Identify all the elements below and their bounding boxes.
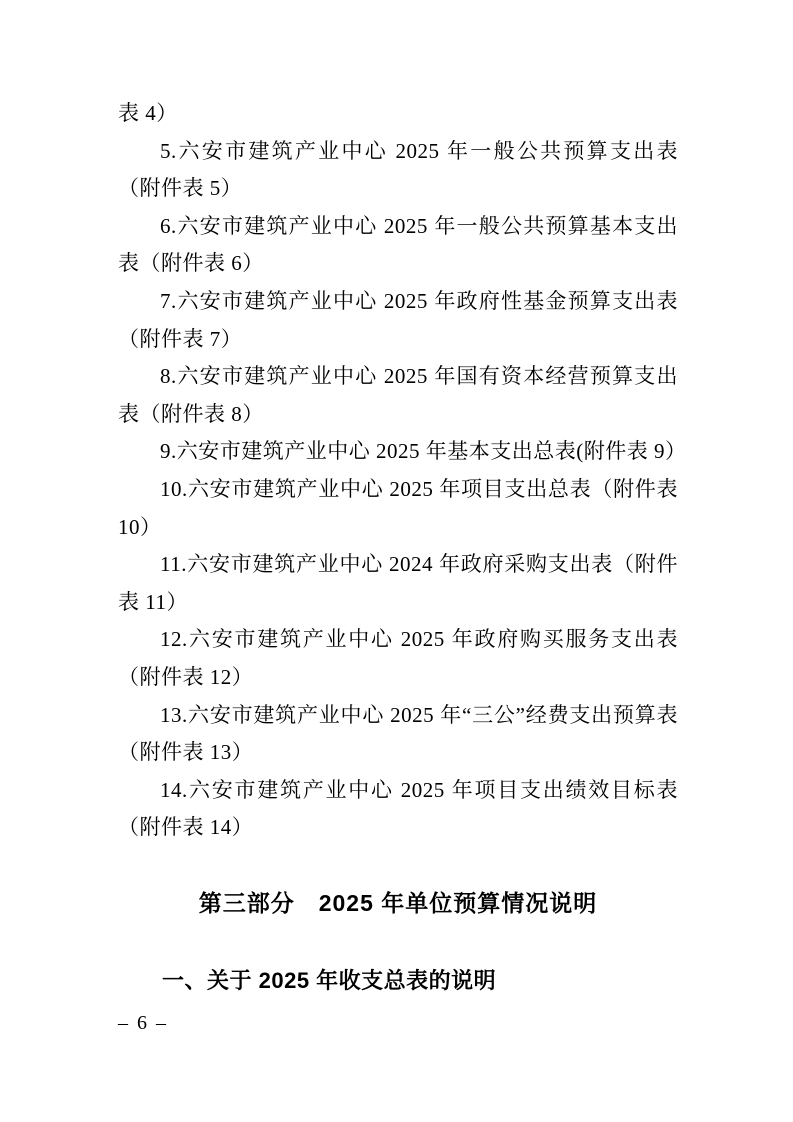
list-item-11: 11.六安市建筑产业中心 2024 年政府采购支出表（附件表 11）	[118, 546, 678, 621]
list-item-14: 14.六安市建筑产业中心 2025 年项目支出绩效目标表（附件表 14）	[118, 772, 678, 847]
paragraph-continuation-table-4: 表 4）	[118, 95, 678, 133]
list-item-13: 13.六安市建筑产业中心 2025 年“三公”经费支出预算表（附件表 13）	[118, 697, 678, 772]
list-item-6: 6.六安市建筑产业中心 2025 年一般公共预算基本支出表（附件表 6）	[118, 208, 678, 283]
list-item-8: 8.六安市建筑产业中心 2025 年国有资本经营预算支出表（附件表 8）	[118, 358, 678, 433]
document-page: 表 4） 5.六安市建筑产业中心 2025 年一般公共预算支出表（附件表 5） …	[0, 0, 793, 1122]
list-item-7: 7.六安市建筑产业中心 2025 年政府性基金预算支出表（附件表 7）	[118, 283, 678, 358]
list-item-12: 12.六安市建筑产业中心 2025 年政府购买服务支出表（附件表 12）	[118, 621, 678, 696]
subsection-heading-one: 一、关于 2025 年收支总表的说明	[118, 962, 678, 1000]
list-item-5: 5.六安市建筑产业中心 2025 年一般公共预算支出表（附件表 5）	[118, 133, 678, 208]
document-content: 表 4） 5.六安市建筑产业中心 2025 年一般公共预算支出表（附件表 5） …	[118, 95, 678, 1000]
section-heading-part-three: 第三部分 2025 年单位预算情况说明	[118, 885, 678, 923]
list-item-10: 10.六安市建筑产业中心 2025 年项目支出总表（附件表 10）	[118, 471, 678, 546]
list-item-9: 9.六安市建筑产业中心 2025 年基本支出总表(附件表 9）	[118, 433, 678, 471]
page-number: – 6 –	[118, 1010, 168, 1036]
